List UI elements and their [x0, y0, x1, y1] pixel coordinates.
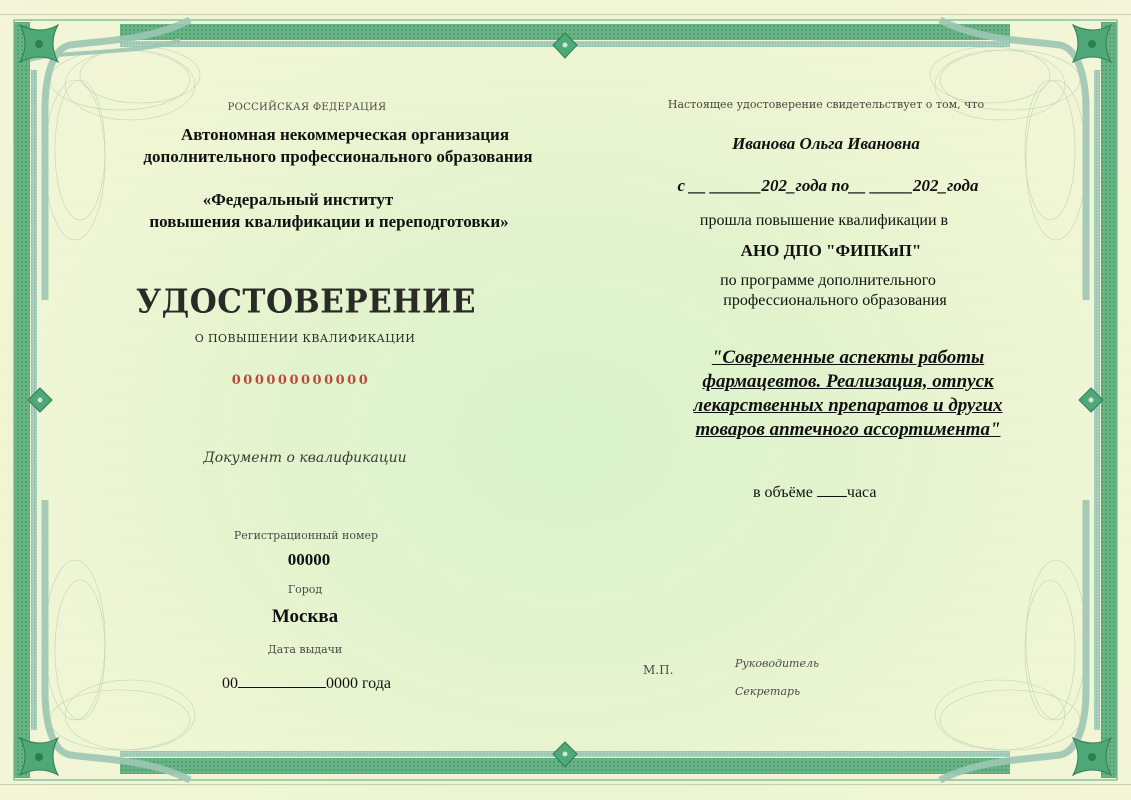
document-title: УДОСТОВЕРЕНИЕ: [136, 283, 476, 321]
training-period: с __ ______202_года по__ _____202_года: [678, 176, 979, 196]
program-intro-line-1: по программе дополнительного: [720, 272, 936, 290]
document-subtitle: О ПОВЫШЕНИИ КВАЛИФИКАЦИИ: [195, 332, 416, 345]
document-type: Документ о квалификации: [203, 450, 406, 466]
certificate-intro: Настоящее удостоверение свидетельствует …: [668, 98, 984, 111]
program-title: "Современные аспекты работы фармацевтов.…: [693, 346, 1002, 442]
institute-line-2: повышения квалификации и переподготовки»: [149, 212, 508, 232]
city-value: Москва: [272, 606, 338, 628]
hours-prefix: в объёме: [753, 484, 817, 501]
issue-date-label: Дата выдачи: [268, 643, 343, 656]
stamp-place-label: М.П.: [643, 663, 673, 677]
hours-suffix: часа: [847, 484, 877, 501]
signature-secretary-label: Секретарь: [735, 685, 800, 698]
organization-short-name: АНО ДПО "ФИПКиП": [741, 241, 922, 261]
issue-date-year: 0000 года: [326, 675, 391, 692]
signature-head-label: Руководитель: [735, 657, 819, 670]
institute-line-1: «Федеральный институт: [203, 190, 394, 210]
issue-date-month-blank: [238, 673, 326, 688]
issue-date-day: 00: [222, 675, 238, 692]
completed-text: прошла повышение квалификации в: [700, 212, 948, 230]
program-title-line-3: лекарственных препаратов и других: [693, 394, 1002, 418]
holder-full-name: Иванова Ольга Ивановна: [732, 134, 920, 154]
country-label: РОССИЙСКАЯ ФЕДЕРАЦИЯ: [228, 102, 387, 113]
org-line-2: дополнительного профессионального образо…: [143, 147, 532, 167]
org-line-1: Автономная некоммерческая организация: [181, 125, 509, 145]
issue-date: 000000 года: [222, 673, 391, 693]
hours-volume: в объёме часа: [753, 482, 876, 502]
program-title-line-2: фармацевтов. Реализация, отпуск: [693, 370, 1002, 394]
program-intro-line-2: профессионального образования: [723, 292, 946, 310]
registration-label: Регистрационный номер: [234, 529, 378, 542]
city-label: Город: [288, 583, 322, 596]
registration-number: 00000: [288, 550, 331, 570]
hours-blank: [817, 482, 847, 497]
program-title-line-4: товаров аптечного ассортимента": [693, 418, 1002, 442]
serial-number: 000000000000: [232, 373, 371, 388]
program-title-line-1: "Современные аспекты работы: [693, 346, 1002, 370]
